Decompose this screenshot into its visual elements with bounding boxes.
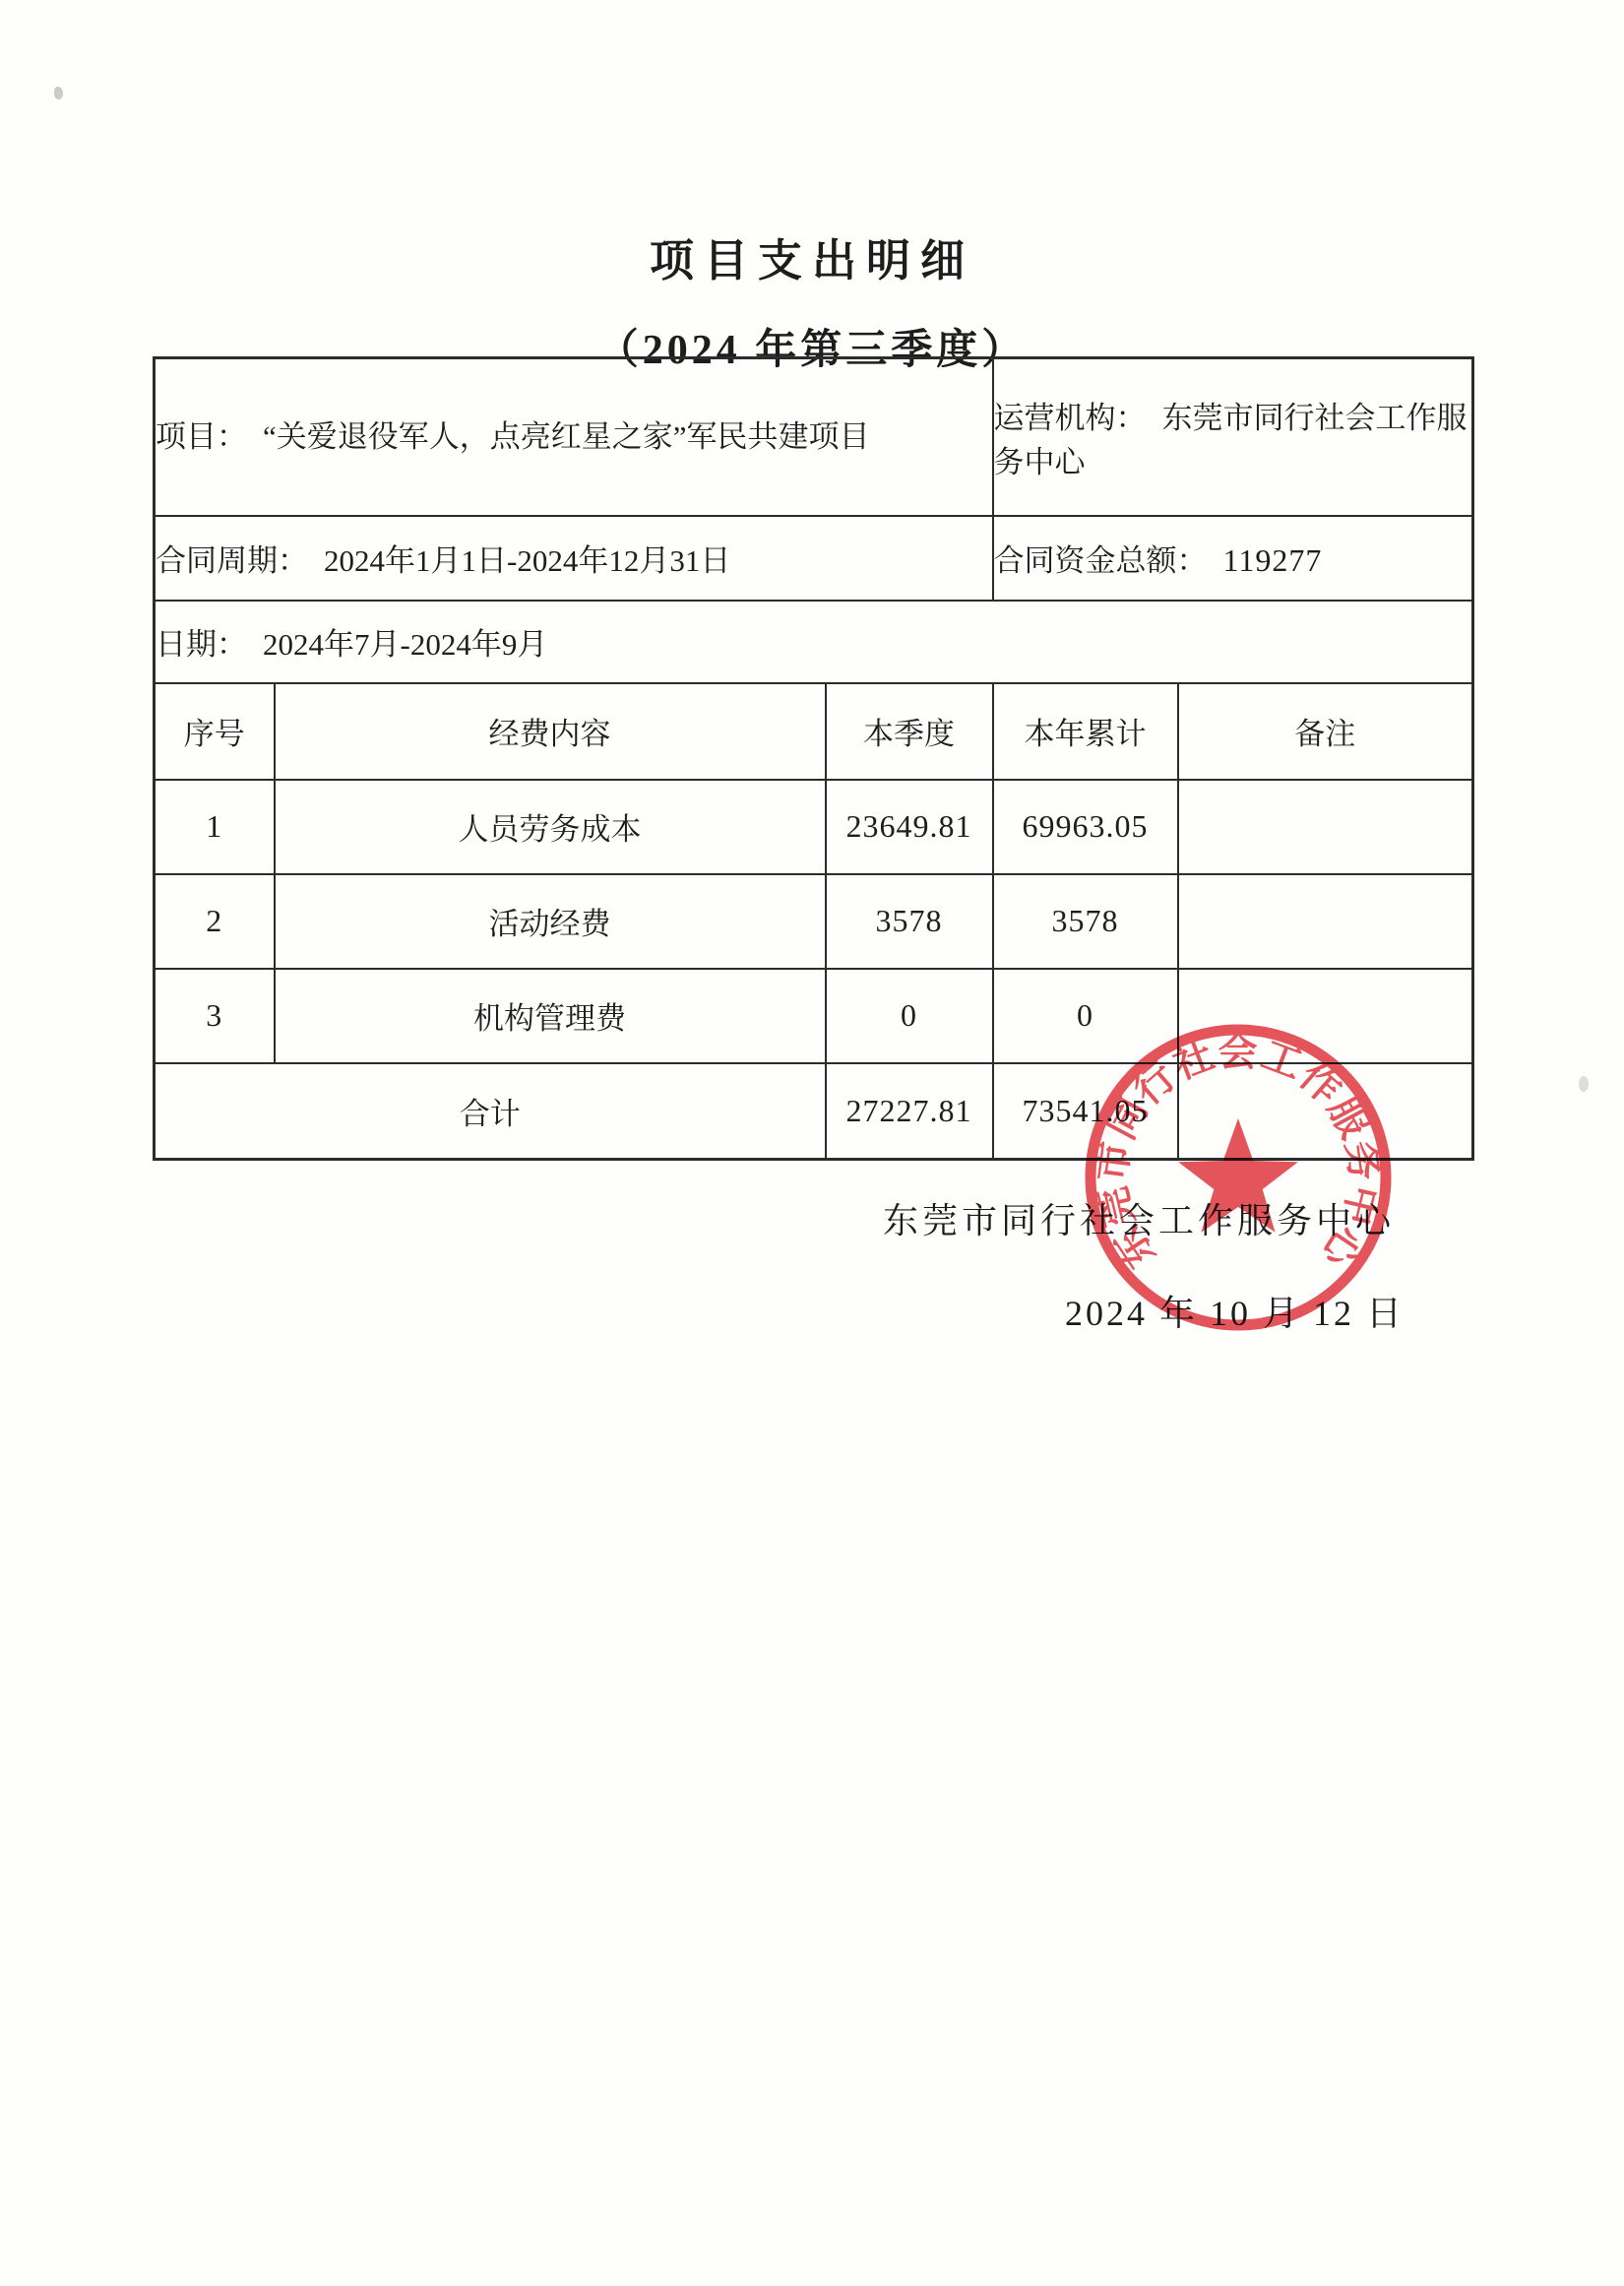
scan-artifact xyxy=(1579,1076,1589,1092)
row-ytd: 69963.05 xyxy=(993,780,1178,874)
amount-value: 119277 xyxy=(1223,542,1323,578)
scan-artifact xyxy=(54,87,63,99)
row-note xyxy=(1178,780,1473,874)
project-value: “关爱退役军人，点亮红星之家”军民共建项目 xyxy=(263,419,870,454)
document-page: 项目支出明细 （2024 年第三季度） 项目：“关爱退役军人，点亮红星之家”军民… xyxy=(0,0,1624,2286)
total-note xyxy=(1178,1063,1473,1160)
amount-label: 合同资金总额： xyxy=(994,543,1208,578)
table-row: 3 机构管理费 0 0 xyxy=(155,969,1473,1063)
row-quarter: 3578 xyxy=(826,874,993,969)
row-no: 2 xyxy=(155,874,275,969)
table-row: 日期：2024年7月-2024年9月 xyxy=(155,601,1473,683)
total-ytd: 73541.05 xyxy=(993,1063,1178,1160)
table-row: 项目：“关爱退役军人，点亮红星之家”军民共建项目 运营机构：东莞市同行社会工作服… xyxy=(155,358,1473,516)
period-value: 2024年1月1日-2024年12月31日 xyxy=(324,543,730,578)
header-quarter: 本季度 xyxy=(826,683,993,780)
project-label: 项目： xyxy=(156,419,247,454)
row-no: 1 xyxy=(155,780,275,874)
table-row: 1 人员劳务成本 23649.81 69963.05 xyxy=(155,780,1473,874)
footer-organization-name: 东莞市同行社会工作服务中心 xyxy=(883,1193,1395,1243)
date-label: 日期： xyxy=(156,627,247,662)
table-total-row: 合计 27227.81 73541.05 xyxy=(155,1063,1473,1160)
project-cell: 项目：“关爱退役军人，点亮红星之家”军民共建项目 xyxy=(155,358,993,516)
date-range-cell: 日期：2024年7月-2024年9月 xyxy=(155,601,1473,683)
header-ytd: 本年累计 xyxy=(993,683,1178,780)
period-label: 合同周期： xyxy=(156,543,308,578)
footer-date: 2024 年 10 月 12 日 xyxy=(1065,1286,1405,1336)
row-quarter: 23649.81 xyxy=(826,780,993,874)
contract-amount-cell: 合同资金总额：119277 xyxy=(993,516,1473,601)
header-note: 备注 xyxy=(1178,683,1473,780)
row-content: 活动经费 xyxy=(275,874,826,969)
row-content: 机构管理费 xyxy=(275,969,826,1063)
page-title: 项目支出明细 xyxy=(0,224,1624,288)
row-content: 人员劳务成本 xyxy=(275,780,826,874)
table-row: 合同周期：2024年1月1日-2024年12月31日 合同资金总额：119277 xyxy=(155,516,1473,601)
row-no: 3 xyxy=(155,969,275,1063)
header-no: 序号 xyxy=(155,683,275,780)
table-header-row: 序号 经费内容 本季度 本年累计 备注 xyxy=(155,683,1473,780)
row-ytd: 3578 xyxy=(993,874,1178,969)
table-row: 2 活动经费 3578 3578 xyxy=(155,874,1473,969)
total-label: 合计 xyxy=(155,1063,826,1160)
total-quarter: 27227.81 xyxy=(826,1063,993,1160)
row-ytd: 0 xyxy=(993,969,1178,1063)
date-value: 2024年7月-2024年9月 xyxy=(263,627,547,662)
operator-label: 运营机构： xyxy=(994,401,1147,435)
operator-cell: 运营机构：东莞市同行社会工作服务中心 xyxy=(993,358,1473,516)
row-quarter: 0 xyxy=(826,969,993,1063)
expense-detail-table: 项目：“关爱退役军人，点亮红星之家”军民共建项目 运营机构：东莞市同行社会工作服… xyxy=(153,356,1474,1161)
contract-period-cell: 合同周期：2024年1月1日-2024年12月31日 xyxy=(155,516,993,601)
row-note xyxy=(1178,969,1473,1063)
header-content: 经费内容 xyxy=(275,683,826,780)
row-note xyxy=(1178,874,1473,969)
